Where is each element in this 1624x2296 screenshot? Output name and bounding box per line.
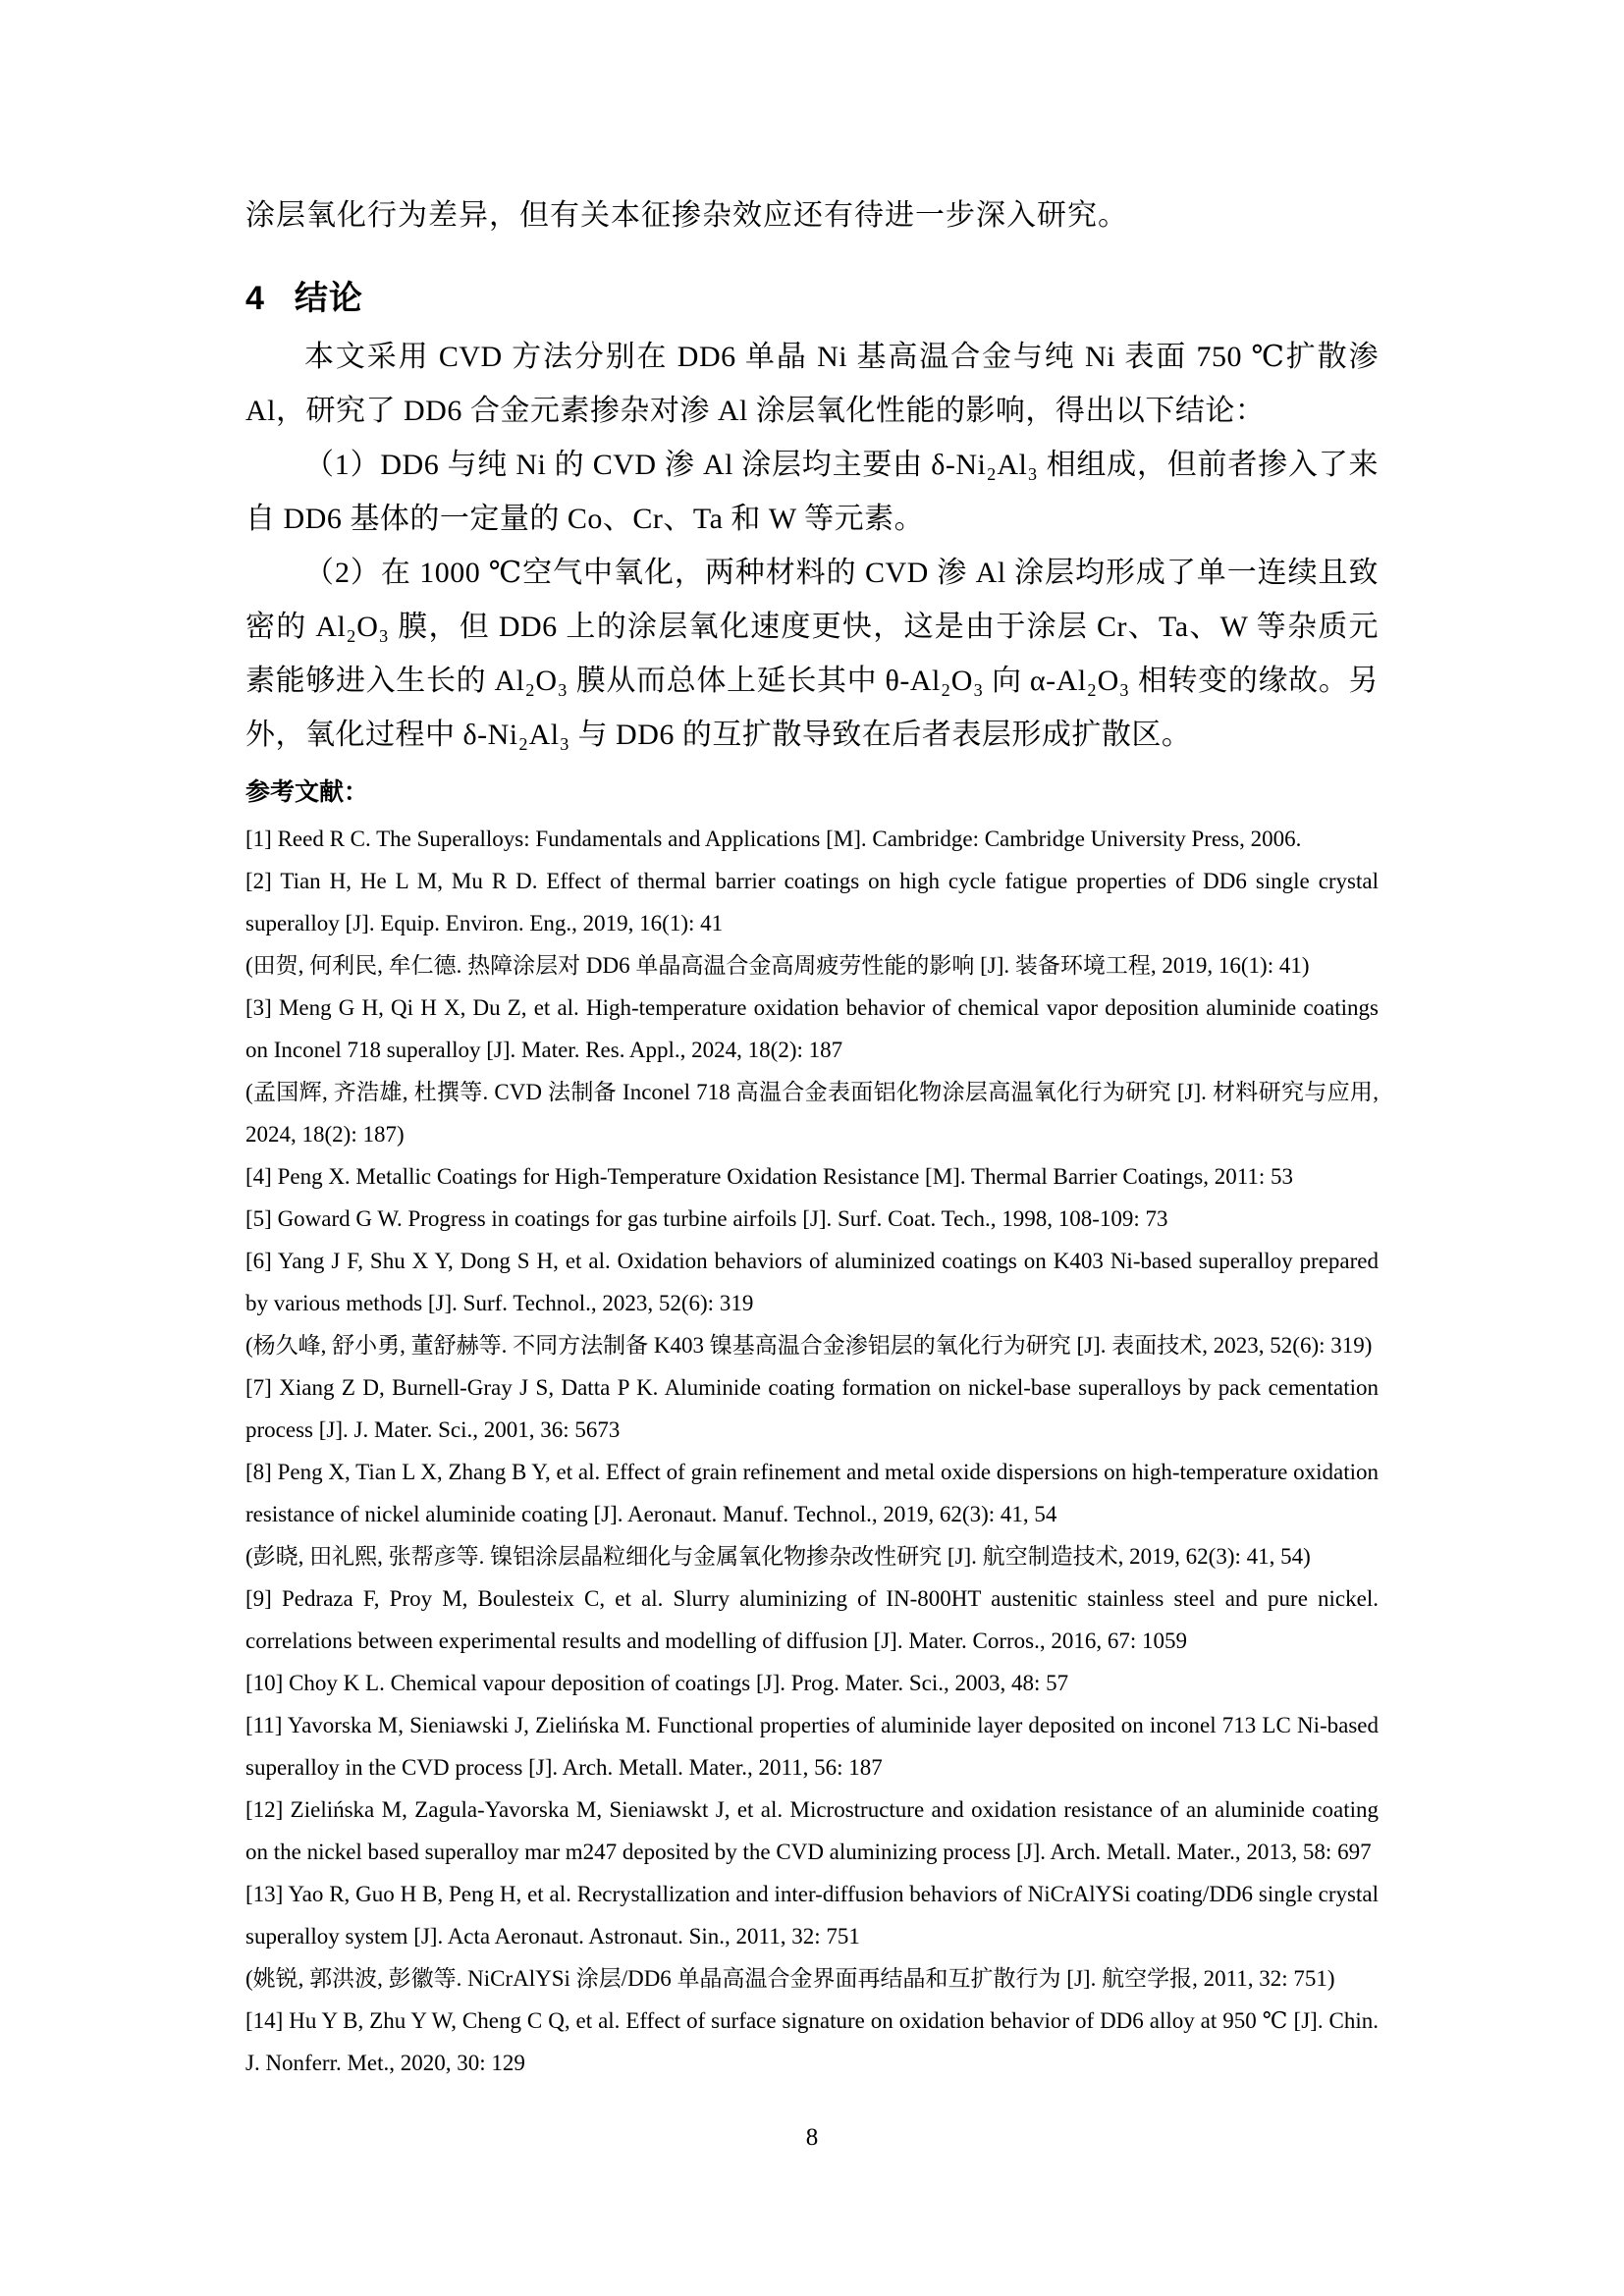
reference-item: [12] Zielińska M, Zagula-Yavorska M, Sie…	[245, 1789, 1379, 1873]
reference-item: [10] Choy K L. Chemical vapour depositio…	[245, 1662, 1379, 1704]
references-heading: 参考文献：	[245, 772, 1379, 814]
page-content: 涂层氧化行为差异，但有关本征掺杂效应还有待进一步深入研究。 4结论 本文采用 C…	[245, 194, 1379, 2084]
reference-item: [4] Peng X. Metallic Coatings for High-T…	[245, 1155, 1379, 1198]
page-footer: 8	[0, 2123, 1624, 2153]
reference-item: [14] Hu Y B, Zhu Y W, Cheng C Q, et al. …	[245, 2000, 1379, 2084]
reference-item: [13] Yao R, Guo H B, Peng H, et al. Recr…	[245, 1873, 1379, 1957]
reference-item: (孟国辉, 齐浩雄, 杜撰等. CVD 法制备 Inconel 718 高温合金…	[245, 1071, 1379, 1155]
section-heading: 4结论	[245, 279, 1379, 318]
reference-item: [3] Meng G H, Qi H X, Du Z, et al. High-…	[245, 987, 1379, 1071]
reference-item: (田贺, 何利民, 牟仁德. 热障涂层对 DD6 单晶高温合金高周疲劳性能的影响…	[245, 944, 1379, 987]
reference-item: (彭晓, 田礼熙, 张帮彦等. 镍铝涂层晶粒细化与金属氧化物掺杂改性研究 [J]…	[245, 1535, 1379, 1577]
reference-item: [2] Tian H, He L M, Mu R D. Effect of th…	[245, 860, 1379, 944]
reference-item: [8] Peng X, Tian L X, Zhang B Y, et al. …	[245, 1451, 1379, 1535]
reference-item: [9] Pedraza F, Proy M, Boulesteix C, et …	[245, 1577, 1379, 1662]
document-page: 涂层氧化行为差异，但有关本征掺杂效应还有待进一步深入研究。 4结论 本文采用 C…	[0, 0, 1624, 2296]
paragraph: （2）在 1000 ℃空气中氧化，两种材料的 CVD 渗 Al 涂层均形成了单一…	[245, 546, 1379, 762]
references-list: [1] Reed R C. The Superalloys: Fundament…	[245, 818, 1379, 2084]
paragraph: （1）DD6 与纯 Ni 的 CVD 渗 Al 涂层均主要由 δ-Ni₂Al₃ …	[245, 438, 1379, 546]
section-number: 4	[245, 280, 265, 317]
conclusion-paragraphs: 本文采用 CVD 方法分别在 DD6 单晶 Ni 基高温合金与纯 Ni 表面 7…	[245, 330, 1379, 762]
reference-item: (姚锐, 郭洪波, 彭徽等. NiCrAlYSi 涂层/DD6 单晶高温合金界面…	[245, 1957, 1379, 2000]
reference-item: [11] Yavorska M, Sieniawski J, Zielińska…	[245, 1704, 1379, 1789]
reference-item: [1] Reed R C. The Superalloys: Fundament…	[245, 818, 1379, 860]
reference-item: [5] Goward G W. Progress in coatings for…	[245, 1198, 1379, 1240]
reference-item: [7] Xiang Z D, Burnell-Gray J S, Datta P…	[245, 1366, 1379, 1451]
intro-text: 涂层氧化行为差异，但有关本征掺杂效应还有待进一步深入研究。	[245, 194, 1379, 238]
reference-item: [6] Yang J F, Shu X Y, Dong S H, et al. …	[245, 1240, 1379, 1324]
paragraph: 本文采用 CVD 方法分别在 DD6 单晶 Ni 基高温合金与纯 Ni 表面 7…	[245, 330, 1379, 438]
reference-item: (杨久峰, 舒小勇, 董舒赫等. 不同方法制备 K403 镍基高温合金渗铝层的氧…	[245, 1324, 1379, 1366]
section-title: 结论	[295, 280, 363, 317]
page-number: 8	[806, 2124, 819, 2151]
